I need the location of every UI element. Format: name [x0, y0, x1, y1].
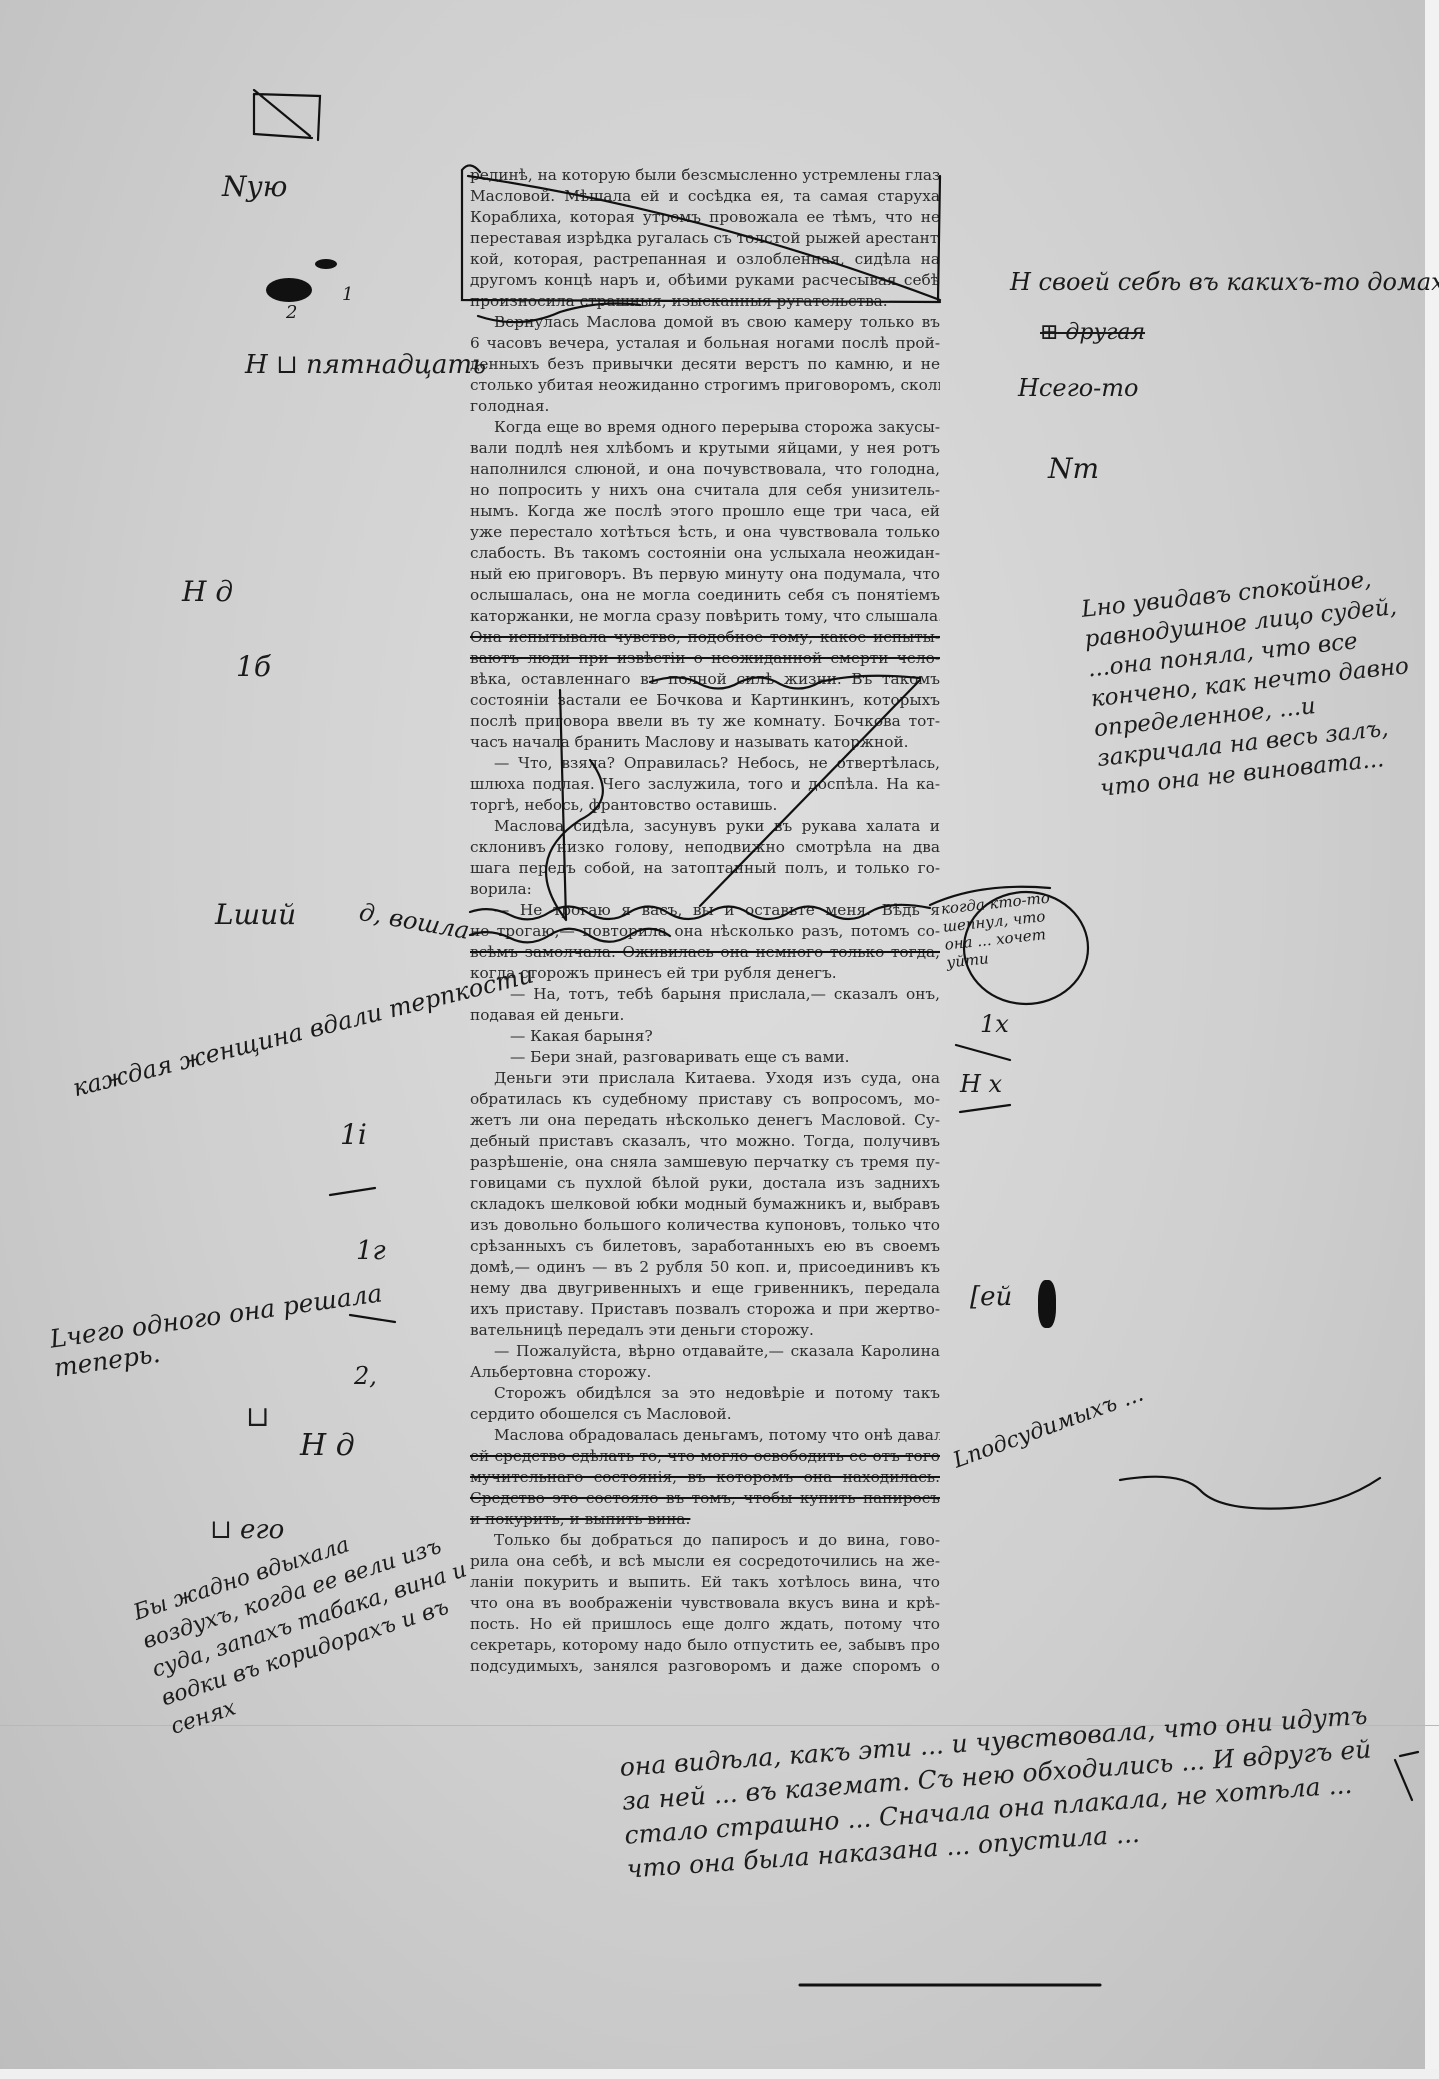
struck-printed-line: мучительнаго состоянiя, въ которомъ она … [470, 1467, 940, 1488]
printed-line: шлюха подлая. Чего заслужила, того и дос… [470, 774, 940, 795]
manuscript-page: рединѣ, на которую были безсмысленно уст… [0, 0, 1439, 2079]
printed-line: переставая изрѣдка ругалась съ толстой р… [470, 228, 940, 249]
printed-line: Маслова обрадовалась деньгамъ, потому чт… [470, 1425, 940, 1446]
printed-line: Только бы добраться до папиросъ и до вин… [470, 1530, 940, 1551]
page-edge-bottom [0, 2069, 1439, 2079]
printed-line: не трогаю,— повторила она нѣсколько разъ… [470, 921, 940, 942]
margin-note: Н д [182, 575, 233, 608]
insertion-text: Бы жадно вдыхала воздухъ, когда ее вели … [130, 1498, 490, 1743]
printed-line: Альбертовна сторожу. [470, 1362, 940, 1383]
struck-printed-line: Она испытывала чувство, подобное тому, к… [470, 627, 940, 648]
printed-line: дебный приставъ сказалъ, что можно. Тогд… [470, 1131, 940, 1152]
margin-note: Nт [1048, 452, 1099, 485]
margin-note: Lший [215, 898, 296, 931]
printed-line: вѣка, оставленнаго въ полной силѣ жизни.… [470, 669, 940, 690]
struck-printed-line: ей средство сдѣлать то, что могло освобо… [470, 1446, 940, 1467]
printed-line: подавая ей деньги. [470, 1005, 940, 1026]
printed-line: шага передъ собой, на затоптанный полъ, … [470, 858, 940, 879]
printed-line: состоянiи застали ее Бочкова и Картинкин… [470, 690, 940, 711]
margin-note: [ей [970, 1282, 1012, 1312]
printed-line: сердито обошелся съ Масловой. [470, 1404, 940, 1425]
insertion-text: Lно увидавъ спокойное, равнодушное лицо … [1080, 562, 1420, 804]
printed-line: ослышалась, она не могла соединить себя … [470, 585, 940, 606]
printed-line: домѣ,— одинъ — въ 2 рубля 50 коп. и, при… [470, 1257, 940, 1278]
struck-printed-line: ваютъ люди при извѣстiи о неожиданной см… [470, 648, 940, 669]
margin-note: 1 [342, 284, 353, 305]
page-edge-right [1425, 0, 1439, 2079]
ink-blot [315, 259, 337, 269]
printed-line: жетъ ли она передать нѣсколько денегъ Ма… [470, 1110, 940, 1131]
margin-note: Н своей себѣ въ какихъ-то домахъ [1010, 268, 1439, 296]
margin-note: каждая женщина вдали терпкости [70, 960, 536, 1102]
printed-line: нему два двугривенныхъ и еще гривенникъ,… [470, 1278, 940, 1299]
printed-line: Маслова сидѣла, засунувъ руки въ рукава … [470, 816, 940, 837]
printed-line: часъ начала бранить Маслову и называть к… [470, 732, 940, 753]
ink-blot [1038, 1280, 1056, 1328]
printed-line: наполнился слюной, и она почувствовала, … [470, 459, 940, 480]
margin-note: 1i [340, 1118, 367, 1151]
printed-line: пость. Но ей пришлось еще долго ждать, п… [470, 1614, 940, 1635]
printed-line: ворила: [470, 879, 940, 900]
printed-line: вательницѣ передалъ эти деньги сторожу. [470, 1320, 940, 1341]
margin-note: Н х [960, 1070, 1002, 1098]
margin-note: ⊞ другая [1040, 320, 1145, 345]
struck-printed-line: Средство это состояло въ томъ, чтобы куп… [470, 1488, 940, 1509]
printed-line: обратилась къ судебному приставу съ вопр… [470, 1089, 940, 1110]
printed-line: — Что, взяла? Оправилась? Небось, не отв… [470, 753, 940, 774]
printed-line: произносила страшныя, изысканныя ругател… [470, 291, 940, 312]
printed-line: рила она себѣ, и всѣ мысли ея сосредоточ… [470, 1551, 940, 1572]
margin-note: 1б [236, 650, 271, 683]
margin-note: 2 [286, 302, 297, 323]
printed-line: склонивъ низко голову, неподвижно смотрѣ… [470, 837, 940, 858]
margin-note: 1х [980, 1010, 1009, 1038]
printed-line: — Бери знай, разговаривать еще съ вами. [470, 1047, 940, 1068]
printed-line: Сторожъ обидѣлся за это недовѣрiе и пото… [470, 1383, 940, 1404]
printed-line: — Какая барыня? [470, 1026, 940, 1047]
bottom-insertion: она видѣла, какъ эти ... и чувствовала, … [60, 1697, 1406, 1926]
printed-line: Когда еще во время одного перерыва сторо… [470, 417, 940, 438]
printed-line: Масловой. Мѣшала ей и сосѣдка ея, та сам… [470, 186, 940, 207]
callout-note: когда кто-то шепнул, что она ... хочет у… [940, 887, 1067, 971]
printed-line: послѣ приговора ввели въ ту же комнату. … [470, 711, 940, 732]
printed-line: ихъ приставу. Приставъ позвалъ сторожа и… [470, 1299, 940, 1320]
margin-insertion-left: Бы жадно вдыхала воздухъ, когда ее вели … [130, 1498, 490, 1743]
printed-line: кой, которая, растрепанная и озлобленная… [470, 249, 940, 270]
insertion-text: она видѣла, какъ эти ... и чувствовала, … [60, 1697, 1406, 1926]
margin-note: 1г [356, 1236, 386, 1266]
printed-line: говицами съ пухлой бѣлой руки, достала и… [470, 1173, 940, 1194]
printed-line: Вернулась Маслова домой въ свою камеру т… [470, 312, 940, 333]
margin-note: Нсего-то [1018, 374, 1138, 402]
printed-line: складокъ шелковой юбки модный бумажникъ … [470, 1194, 940, 1215]
margin-note: д, вошла [357, 898, 471, 945]
printed-line: изъ довольно большого количества купонов… [470, 1215, 940, 1236]
margin-insertion-right: Lно увидавъ спокойное, равнодушное лицо … [1080, 562, 1420, 804]
printed-line: но попросить у нихъ она считала для себя… [470, 480, 940, 501]
printed-line: разрѣшенiе, она сняла замшевую перчатку … [470, 1152, 940, 1173]
printed-line: что она въ воображенiи чувствовала вкусъ… [470, 1593, 940, 1614]
margin-note: 2, [354, 1362, 377, 1390]
printed-line: вали подлѣ нея хлѣбомъ и крутыми яйцами,… [470, 438, 940, 459]
printed-line: — Пожалуйста, вѣрно отдавайте,— сказала … [470, 1341, 940, 1362]
ink-blot [266, 278, 312, 302]
margin-note: Н ⊔ пятнадцать [245, 350, 486, 380]
margin-note: Nую [222, 170, 287, 203]
printed-line: торгѣ, небось, франтовство оставишь. [470, 795, 940, 816]
printed-line: нымъ. Когда же послѣ этого прошло еще тр… [470, 501, 940, 522]
printed-line: другомъ концѣ наръ и, обѣими руками расч… [470, 270, 940, 291]
printed-line: столько убитая неожиданно строгимъ приго… [470, 375, 940, 396]
struck-printed-line: и покурить, и выпить вина. [470, 1509, 940, 1530]
printed-line: рединѣ, на которую были безсмысленно уст… [470, 165, 940, 186]
printed-line: срѣзанныхъ съ билетовъ, заработанныхъ ею… [470, 1236, 940, 1257]
margin-note: Н д [300, 1428, 355, 1463]
struck-printed-line: всѣмъ замолчала. Оживилась она немного т… [470, 942, 940, 963]
printed-line: денныхъ безъ привычки десяти верстъ по к… [470, 354, 940, 375]
printed-line: Кораблиха, которая утромъ провожала ее т… [470, 207, 940, 228]
printed-line: голодная. [470, 396, 940, 417]
printed-line: 6 часовъ вечера, усталая и больная ногам… [470, 333, 940, 354]
printed-line: уже перестало хотѣться ѣсть, и она чувст… [470, 522, 940, 543]
printed-line: секретарь, которому надо было отпустить … [470, 1635, 940, 1656]
printed-line: слабость. Въ такомъ состоянiи она услыха… [470, 543, 940, 564]
printed-line: когда сторожъ принесъ ей три рубля денег… [470, 963, 940, 984]
printed-line: ланiи покурить и выпить. Ей такъ хотѣлос… [470, 1572, 940, 1593]
printed-line: — Не трогаю я васъ, вы и оставьте меня. … [470, 900, 940, 921]
printed-line: подсудимыхъ, занялся разговоромъ и даже … [470, 1656, 940, 1677]
margin-note: ⊔ [246, 1400, 269, 1433]
printed-line: Деньги эти прислала Китаева. Уходя изъ с… [470, 1068, 940, 1089]
printed-line: каторжанки, не могла сразу повѣрить тому… [470, 606, 940, 627]
printed-text-column: рединѣ, на которую были безсмысленно уст… [470, 165, 940, 1677]
printed-line: — На, тотъ, тебѣ барыня прислала,— сказа… [470, 984, 940, 1005]
printed-line: ный ею приговоръ. Въ первую минуту она п… [470, 564, 940, 585]
margin-note: Lподсудимыхъ ... [950, 1381, 1147, 1473]
margin-note: ⊔ его [210, 1515, 284, 1545]
